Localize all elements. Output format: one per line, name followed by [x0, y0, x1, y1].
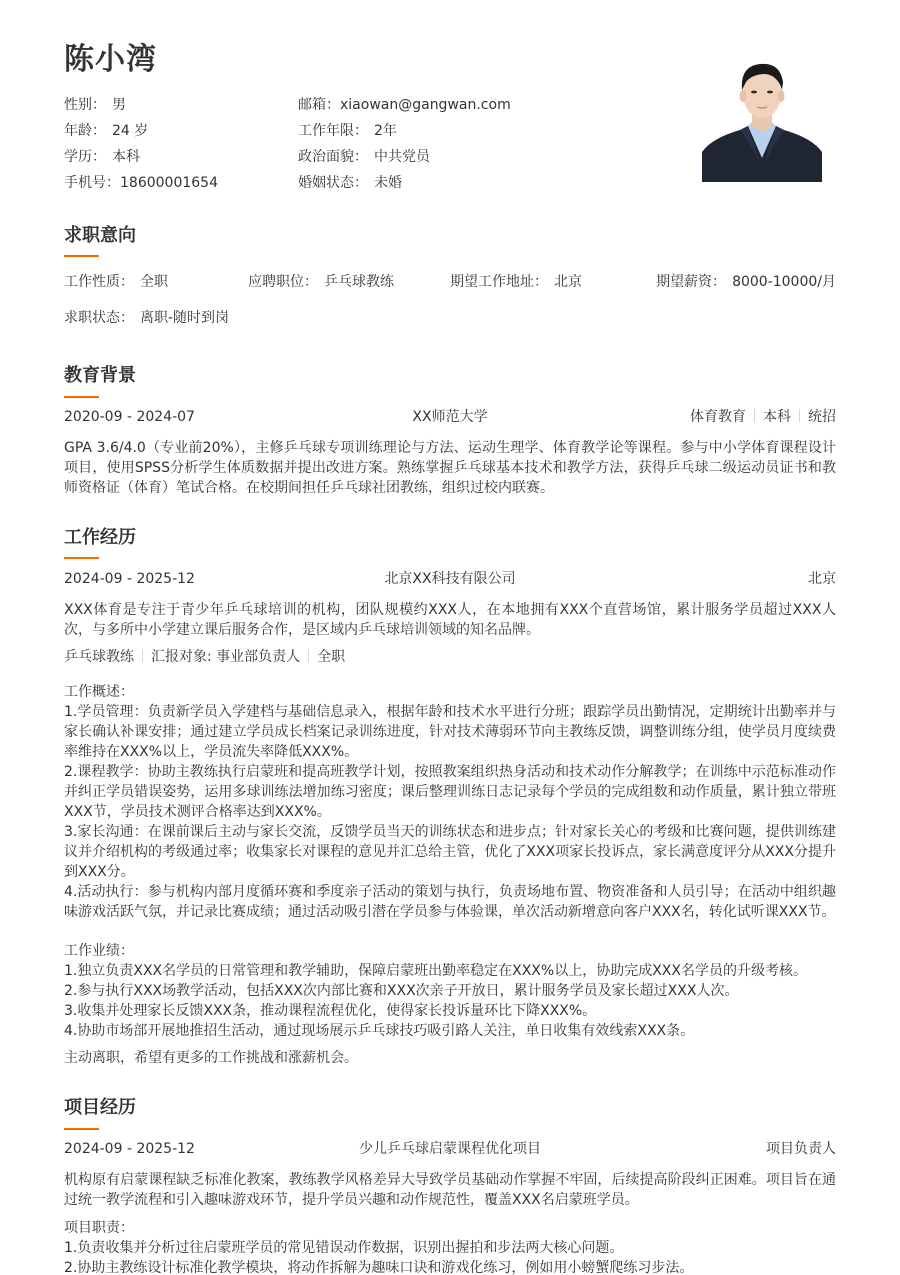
intent-value: 乒乓球教练 [324, 274, 394, 290]
section-title-education: 教育背景 [64, 363, 136, 389]
info-email: 邮箱：xiaowan@gangwan.com [298, 92, 511, 118]
intent-label: 求职状态： [64, 310, 134, 326]
avatar-icon [702, 52, 822, 182]
section-title-intent: 求职意向 [64, 223, 136, 249]
section-underline [64, 557, 99, 559]
work-overview-item: 3.家长沟通：在课前课后主动与家长交流，反馈学员当天的训练状态和进步点；针对家长… [64, 822, 836, 882]
intent-work-type: 工作性质：全职 [64, 271, 168, 293]
work-company: 北京XX科技有限公司 [64, 568, 836, 590]
info-label: 年龄： [64, 123, 106, 139]
work-report-to: 汇报对象: 事业部负责人 [151, 649, 300, 665]
intent-value: 8000-10000/月 [732, 274, 836, 290]
section-title-work: 工作经历 [64, 525, 136, 551]
intent-status: 求职状态：离职-随时到岗 [64, 307, 229, 329]
project-duties-title: 项目职责： [64, 1218, 836, 1238]
section-underline [64, 1128, 99, 1130]
info-value: 18600001654 [120, 175, 218, 191]
intent-value: 离职-随时到岗 [140, 310, 229, 326]
project-header: 2024-09 - 2025-12 少儿乒乓球启蒙课程优化项目 项目负责人 [64, 1138, 836, 1160]
work-overview-title: 工作概述： [64, 682, 836, 702]
info-age: 年龄：24 岁 [64, 118, 148, 144]
work-overview-item: 2.课程教学：协助主教练执行启蒙班和提高班教学计划，按照教案组织热身活动和技术动… [64, 762, 836, 822]
work-type: 全职 [317, 649, 345, 665]
project-name: 少儿乒乓球启蒙课程优化项目 [64, 1138, 836, 1160]
intent-position: 应聘职位：乒乓球教练 [248, 271, 394, 293]
candidate-name: 陈小湾 [64, 38, 157, 82]
intent-value: 全职 [140, 274, 168, 290]
project-role: 项目负责人 [766, 1138, 836, 1160]
work-tags: 乒乓球教练汇报对象: 事业部负责人全职 [64, 646, 836, 668]
work-role: 乒乓球教练 [64, 649, 134, 665]
section-title-project: 项目经历 [64, 1095, 136, 1121]
work-achievements-title: 工作业绩： [64, 941, 836, 961]
leave-reason: 主动离职，希望有更多的工作挑战和涨薪机会。 [64, 1048, 836, 1068]
work-achievement-item: 1.独立负责XXX名学员的日常管理和教学辅助，保障启蒙班出勤率稳定在XXX%以上… [64, 961, 836, 981]
intent-value: 北京 [554, 274, 582, 290]
info-value: 中共党员 [374, 149, 430, 165]
info-label: 手机号： [64, 175, 120, 191]
info-value: 2年 [374, 123, 397, 139]
info-label: 婚姻状态： [298, 175, 368, 191]
work-header: 2024-09 - 2025-12 北京XX科技有限公司 北京 [64, 568, 836, 590]
work-achievement-item: 3.收集并处理家长反馈XXX条，推动课程流程优化，使得家长投诉量环比下降XXX%… [64, 1001, 836, 1021]
project-duty-item: 2.协助主教练设计标准化教学模块，将动作拆解为趣味口诀和游戏化练习，例如用小螃蟹… [64, 1258, 836, 1275]
intent-label: 期望工作地址： [450, 274, 548, 290]
project-description: 机构原有启蒙课程缺乏标准化教案，教练教学风格差异大导致学员基础动作掌握不牢固，后… [64, 1170, 836, 1210]
intent-location: 期望工作地址：北京 [450, 271, 582, 293]
info-label: 工作年限： [298, 123, 368, 139]
work-location: 北京 [808, 568, 836, 590]
divider [142, 649, 143, 662]
info-value[interactable]: xiaowan@gangwan.com [340, 97, 511, 113]
intent-salary: 期望薪资：8000-10000/月 [656, 271, 836, 293]
education-header: 2020-09 - 2024-07 XX师范大学 体育教育本科统招 [64, 406, 836, 428]
intent-label: 工作性质： [64, 274, 134, 290]
profile-photo [702, 52, 822, 182]
info-label: 性别： [64, 97, 106, 113]
info-value: 本科 [112, 149, 140, 165]
info-label: 学历： [64, 149, 106, 165]
work-overview: 工作概述： 1.学员管理：负责新学员入学建档与基础信息录入，根据年龄和技术水平进… [64, 682, 836, 922]
work-overview-item: 1.学员管理：负责新学员入学建档与基础信息录入，根据年龄和技术水平进行分班；跟踪… [64, 702, 836, 762]
divider [308, 649, 309, 662]
work-achievement-item: 2.参与执行XXX场教学活动，包括XXX次内部比赛和XXX次亲子开放日，累计服务… [64, 981, 836, 1001]
info-gender: 性别：男 [64, 92, 126, 118]
info-marital: 婚姻状态：未婚 [298, 170, 402, 196]
info-label: 邮箱： [298, 97, 340, 113]
section-underline [64, 396, 99, 398]
education-major: 体育教育 [690, 409, 746, 425]
education-degree: 本科 [763, 409, 791, 425]
company-intro: XXX体育是专注于青少年乒乓球培训的机构，团队规模约XXX人，在本地拥有XXX个… [64, 600, 836, 640]
intent-label: 期望薪资： [656, 274, 726, 290]
education-tags: 体育教育本科统招 [690, 406, 836, 428]
section-underline [64, 255, 99, 257]
work-achievement-item: 4.协助市场部开展地推招生活动，通过现场展示乒乓球技巧吸引路人关注，单日收集有效… [64, 1021, 836, 1041]
project-duties: 项目职责： 1.负责收集并分析过往启蒙班学员的常见错误动作数据，识别出握拍和步法… [64, 1218, 836, 1275]
intent-label: 应聘职位： [248, 274, 318, 290]
info-label: 政治面貌： [298, 149, 368, 165]
info-phone: 手机号：18600001654 [64, 170, 218, 196]
info-education: 学历：本科 [64, 144, 140, 170]
divider [799, 409, 800, 422]
divider [754, 409, 755, 422]
info-political: 政治面貌：中共党员 [298, 144, 430, 170]
education-description: GPA 3.6/4.0（专业前20%），主修乒乓球专项训练理论与方法、运动生理学… [64, 438, 836, 498]
project-duty-item: 1.负责收集并分析过往启蒙班学员的常见错误动作数据，识别出握拍和步法两大核心问题… [64, 1238, 836, 1258]
info-value: 24 岁 [112, 123, 148, 139]
work-overview-item: 4.活动执行：参与机构内部月度循环赛和季度亲子活动的策划与执行，负责场地布置、物… [64, 882, 836, 922]
work-achievements: 工作业绩： 1.独立负责XXX名学员的日常管理和教学辅助，保障启蒙班出勤率稳定在… [64, 941, 836, 1041]
education-enrollment: 统招 [808, 409, 836, 425]
info-work-years: 工作年限：2年 [298, 118, 397, 144]
info-value: 男 [112, 97, 126, 113]
info-value: 未婚 [374, 175, 402, 191]
